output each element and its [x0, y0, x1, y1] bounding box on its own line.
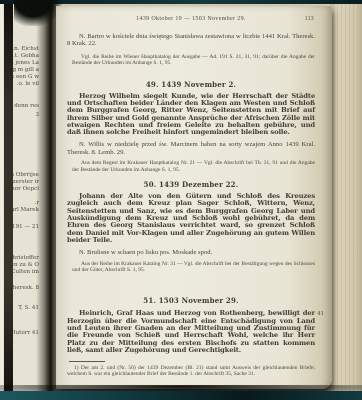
facing-page-text-fragment: n. Eichst.: [12, 46, 39, 52]
entry-51-heading: 51. 1503 November 29.: [67, 297, 315, 305]
entry-50-heading: 50. 1439 Dezember 22.: [67, 181, 315, 189]
entry-49-note: Aus dem Regest im Krakauer Hauptkatalog …: [67, 160, 315, 173]
entry-49-body: Herzog Wilhelm siegelt Kunde, wie der He…: [67, 93, 315, 137]
entry-50-body: Johann der Alte von den Gütern und Schlo…: [67, 193, 315, 244]
entry-51-body-wrap: Heinrich, Graf Haas und Herzog von Rothe…: [67, 310, 315, 354]
page-stack-texture: [333, 4, 359, 390]
spine-shadow-band: [4, 0, 13, 400]
scanned-book-photo: n. Eichst.t. Gebha.mit jenes Lank nög m …: [0, 0, 362, 400]
entry-50-regest: N. Brulisne w schaen po lisku pos. Moska…: [67, 249, 315, 256]
intro-paragraph: N. Bartro w kościele dnia świętego Stani…: [67, 33, 315, 48]
footnote-rule: [69, 361, 105, 362]
page-number: 113: [305, 16, 314, 23]
entry-49-heading: 49. 1439 November 2.: [67, 81, 315, 89]
top-left-shadow: [14, 0, 62, 26]
entry-49-regest: N. Willis w niedzielę przed św. Marcinem…: [67, 141, 315, 156]
facing-page-outer-edge: [0, 2, 3, 394]
margin-number: 41: [317, 311, 324, 317]
main-page: 1439 Oktober 19 — 1503 November 29. 113 …: [56, 6, 332, 389]
book-cover-bottom-edge: [0, 391, 362, 400]
running-head-text: 1439 Oktober 19 — 1503 November 29.: [136, 16, 246, 22]
entry-51-body: Heinrich, Graf Haas und Herzog von Rothe…: [67, 310, 315, 354]
footnote-text: 1) Der am 2. und (Nr. 50) der 1439 Dezem…: [67, 365, 315, 378]
entry-50-note: Aus der Reihe im Krakauer Katalog Nr. 31…: [67, 261, 315, 274]
page-content: 1439 Oktober 19 — 1503 November 29. 113 …: [67, 16, 315, 378]
running-head: 1439 Oktober 19 — 1503 November 29. 113: [67, 16, 315, 23]
intro-note: Vgl. die Reihe im Wiener Hauptkatalog de…: [67, 54, 315, 67]
